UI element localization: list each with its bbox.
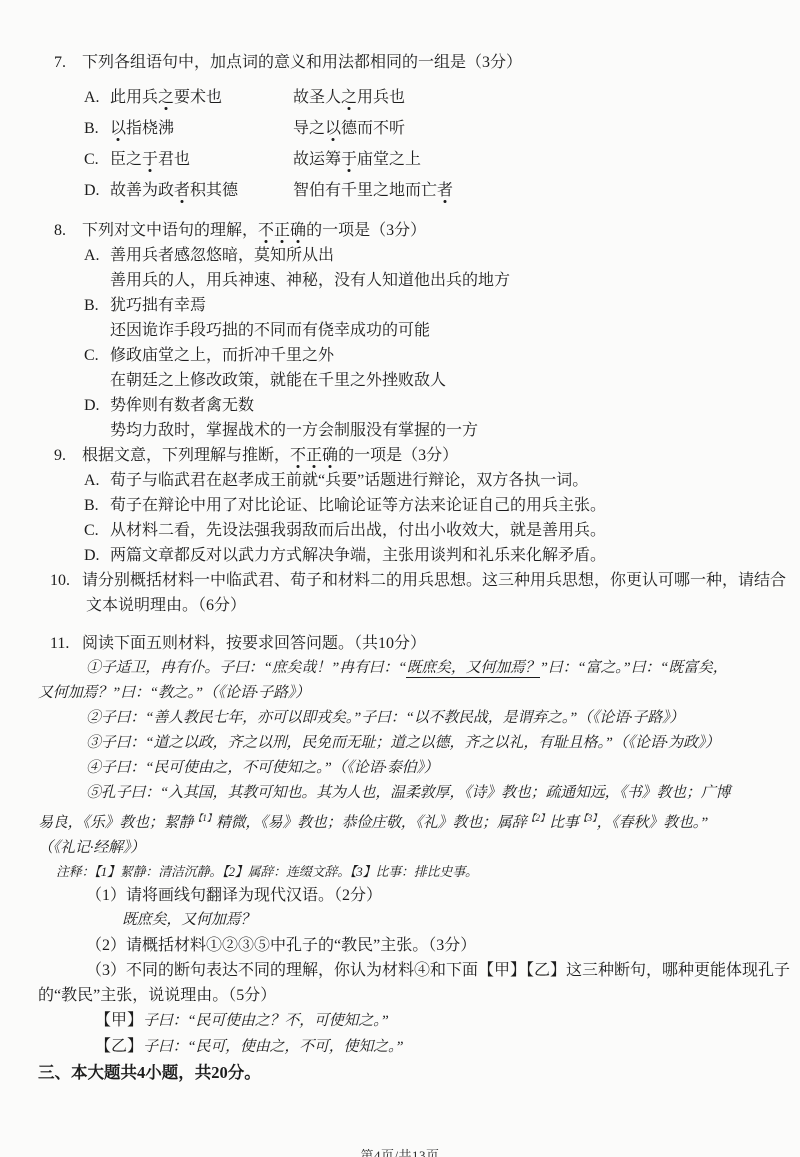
q7-option-a-right: 故圣人之用兵也 — [293, 88, 405, 108]
q7-option-d-label: D. — [84, 181, 100, 201]
q11-sub3-line2: 的“教民”主张，说说理由。（5分） — [38, 983, 800, 1008]
q11-yi-label: 【乙】 — [95, 1038, 143, 1055]
q8-option-b-label: B. — [84, 293, 99, 318]
q7-option-b-left: 以指桡沸 — [110, 119, 293, 139]
q8-option-b-text: 犹巧拙有幸焉 — [110, 297, 206, 314]
q9-option-b: B. 荀子在辩论中用了对比论证、比喻论证等方法来论证自己的用兵主张。 — [0, 493, 800, 518]
exam-page: 7. 下列各组语句中，加点词的意义和用法都相同的一组是（3分） A. 此用兵之要… — [0, 0, 800, 1157]
q11-jia-text: 子曰：“民可使由之？不，可使知之。” — [143, 1013, 389, 1029]
q7-option-a-left: 此用兵之要术也 — [110, 88, 293, 108]
q11-jia-label: 【甲】 — [95, 1012, 143, 1029]
q7-option-c-right: 故运筹于庙堂之上 — [293, 150, 421, 170]
q8-option-c-label: C. — [84, 343, 99, 368]
q9-option-a: A. 荀子与临武君在赵孝成王前就“兵要”话题进行辩论，双方各执一词。 — [0, 468, 800, 493]
q11-material-2: ②子曰：“善人教民七年，亦可以即戎矣。”子曰：“以不教民战，是谓弃之。”（《论语… — [38, 706, 800, 731]
question-8-number: 8. — [54, 218, 66, 243]
q7-option-d: D. 故善为政者积其德 智伯有千里之地而亡者 — [0, 181, 800, 201]
q11-jia: 【甲】子曰：“民可使由之？不，可使知之。” — [95, 1008, 800, 1034]
q8-option-d: D. 势侔则有数者禽无数 — [0, 393, 800, 418]
q11-yi: 【乙】子曰：“民可，使由之，不可，使知之。” — [95, 1034, 800, 1060]
question-10: 10. 请分别概括材料一中临武君、荀子和材料二的用兵思想。这三种用兵思想，你更认… — [0, 568, 800, 593]
q11-sub3-line1: （3）不同的断句表达不同的理解，你认为材料④和下面【甲】【乙】这三种断句，哪种更… — [86, 958, 800, 983]
q11-sub1: （1）请将画线句翻译为现代汉语。（2分） — [86, 883, 800, 908]
question-8-stem: 下列对文中语句的理解，不正确的一项是（3分） — [82, 222, 426, 239]
q8-option-b-translation: 还因诡诈手段巧拙的不同而有侥幸成功的可能 — [0, 318, 800, 343]
q8-option-c-text: 修政庙堂之上，而折冲千里之外 — [110, 347, 334, 364]
q11-material-5-line3: （《礼记·经解》） — [38, 836, 800, 861]
q7-option-a: A. 此用兵之要术也 故圣人之用兵也 — [0, 88, 800, 108]
q7-option-c-label: C. — [84, 150, 99, 170]
q9-option-c-text: 从材料二看，先设法强我弱敌而后出战，付出小收效大，就是善用兵。 — [110, 522, 606, 539]
q9-option-c-label: C. — [84, 518, 99, 543]
q9-option-d: D. 两篇文章都反对以武力方式解决争端，主张用谈判和礼乐来化解矛盾。 — [0, 543, 800, 568]
q8-option-c-translation: 在朝廷之上修改政策，就能在千里之外挫败敌人 — [0, 368, 800, 393]
q9-option-a-text: 荀子与临武君在赵孝成王前就“兵要”话题进行辩论，双方各执一词。 — [110, 472, 588, 489]
q11-sub1-quote: 既庶矣，又何加焉？ — [122, 908, 800, 933]
q11-sub2: （2）请概括材料①②③⑤中孔子的“教民”主张。（3分） — [86, 933, 800, 958]
q11-yi-text: 子曰：“民可，使由之，不可，使知之。” — [143, 1039, 403, 1055]
q7-option-d-right: 智伯有千里之地而亡者 — [293, 181, 453, 201]
question-9: 9. 根据文意，下列理解与推断，不正确的一项是（3分） — [0, 443, 800, 468]
q11-material-1-line2: 又何加焉？”曰：“教之。”（《论语·子路》） — [38, 681, 800, 706]
q11-material-1-line1: ①子适卫，冉有仆。子曰：“庶矣哉！”冉有曰：“既庶矣，又何加焉？”曰：“富之。”… — [38, 656, 800, 681]
q9-option-b-text: 荀子在辩论中用了对比论证、比喻论证等方法来论证自己的用兵主张。 — [110, 497, 606, 514]
q8-option-a-translation: 善用兵的人，用兵神速、神秘，没有人知道他出兵的地方 — [0, 268, 800, 293]
q7-option-d-left: 故善为政者积其德 — [110, 181, 293, 201]
question-8: 8. 下列对文中语句的理解，不正确的一项是（3分） — [0, 218, 800, 243]
question-9-stem: 根据文意，下列理解与推断，不正确的一项是（3分） — [82, 447, 458, 464]
question-7-number: 7. — [54, 50, 66, 75]
question-10-line2: 文本说明理由。（6分） — [86, 593, 800, 618]
question-7: 7. 下列各组语句中，加点词的意义和用法都相同的一组是（3分） — [0, 50, 800, 75]
question-7-stem: 下列各组语句中，加点词的意义和用法都相同的一组是（3分） — [82, 54, 522, 71]
q8-option-d-text: 势侔则有数者禽无数 — [110, 397, 254, 414]
q7-option-c: C. 臣之于君也 故运筹于庙堂之上 — [0, 150, 800, 170]
question-11-number: 11. — [50, 631, 69, 656]
question-10-line1: 请分别概括材料一中临武君、荀子和材料二的用兵思想。这三种用兵思想，你更认可哪一种… — [82, 572, 786, 589]
q11-notes: 注释：【1】絜静：清洁沉静。【2】属辞：连缀文辞。【3】比事：排比史事。 — [56, 861, 800, 883]
q7-option-a-label: A. — [84, 88, 100, 108]
q11-material-5-line1: ⑤孔子曰：“入其国，其教可知也。其为人也，温柔敦厚，《诗》教也；疏通知远，《书》… — [38, 781, 800, 806]
q8-option-c: C. 修政庙堂之上，而折冲千里之外 — [0, 343, 800, 368]
q9-option-b-label: B. — [84, 493, 99, 518]
q8-option-a: A. 善用兵者感忽悠暗，莫知所从出 — [0, 243, 800, 268]
q7-option-b: B. 以指桡沸 导之以德而不听 — [0, 119, 800, 139]
q11-material-4: ④子曰：“民可使由之，不可使知之。”（《论语·泰伯》） — [38, 756, 800, 781]
question-11-stem: 阅读下面五则材料，按要求回答问题。（共10分） — [82, 635, 426, 652]
q8-option-a-text: 善用兵者感忽悠暗，莫知所从出 — [110, 247, 334, 264]
section-3-heading: 三、本大题共4小题，共20分。 — [38, 1060, 800, 1085]
q9-option-d-label: D. — [84, 543, 100, 568]
q8-option-a-label: A. — [84, 243, 100, 268]
question-10-number: 10. — [50, 568, 70, 593]
q8-option-d-translation: 势均力敌时，掌握战术的一方会制服没有掌握的一方 — [0, 418, 800, 443]
question-11: 11. 阅读下面五则材料，按要求回答问题。（共10分） — [0, 631, 800, 656]
q9-option-c: C. 从材料二看，先设法强我弱敌而后出战，付出小收效大，就是善用兵。 — [0, 518, 800, 543]
q8-option-b: B. 犹巧拙有幸焉 — [0, 293, 800, 318]
question-9-number: 9. — [54, 443, 66, 468]
q7-option-b-label: B. — [84, 119, 99, 139]
q9-option-a-label: A. — [84, 468, 100, 493]
q9-option-d-text: 两篇文章都反对以武力方式解决争端，主张用谈判和礼乐来化解矛盾。 — [110, 547, 606, 564]
q7-option-b-right: 导之以德而不听 — [293, 119, 405, 139]
q11-material-3: ③子曰：“道之以政，齐之以刑，民免而无耻；道之以德，齐之以礼，有耻且格。”（《论… — [38, 731, 800, 756]
q11-material-5-line2: 易良，《乐》教也；絜静【1】精微，《易》教也；恭俭庄敬，《礼》教也；属辞【2】比… — [38, 806, 800, 836]
page-footer: 第4页/共13页 — [360, 1145, 439, 1157]
q7-option-c-left: 臣之于君也 — [110, 150, 293, 170]
q8-option-d-label: D. — [84, 393, 100, 418]
